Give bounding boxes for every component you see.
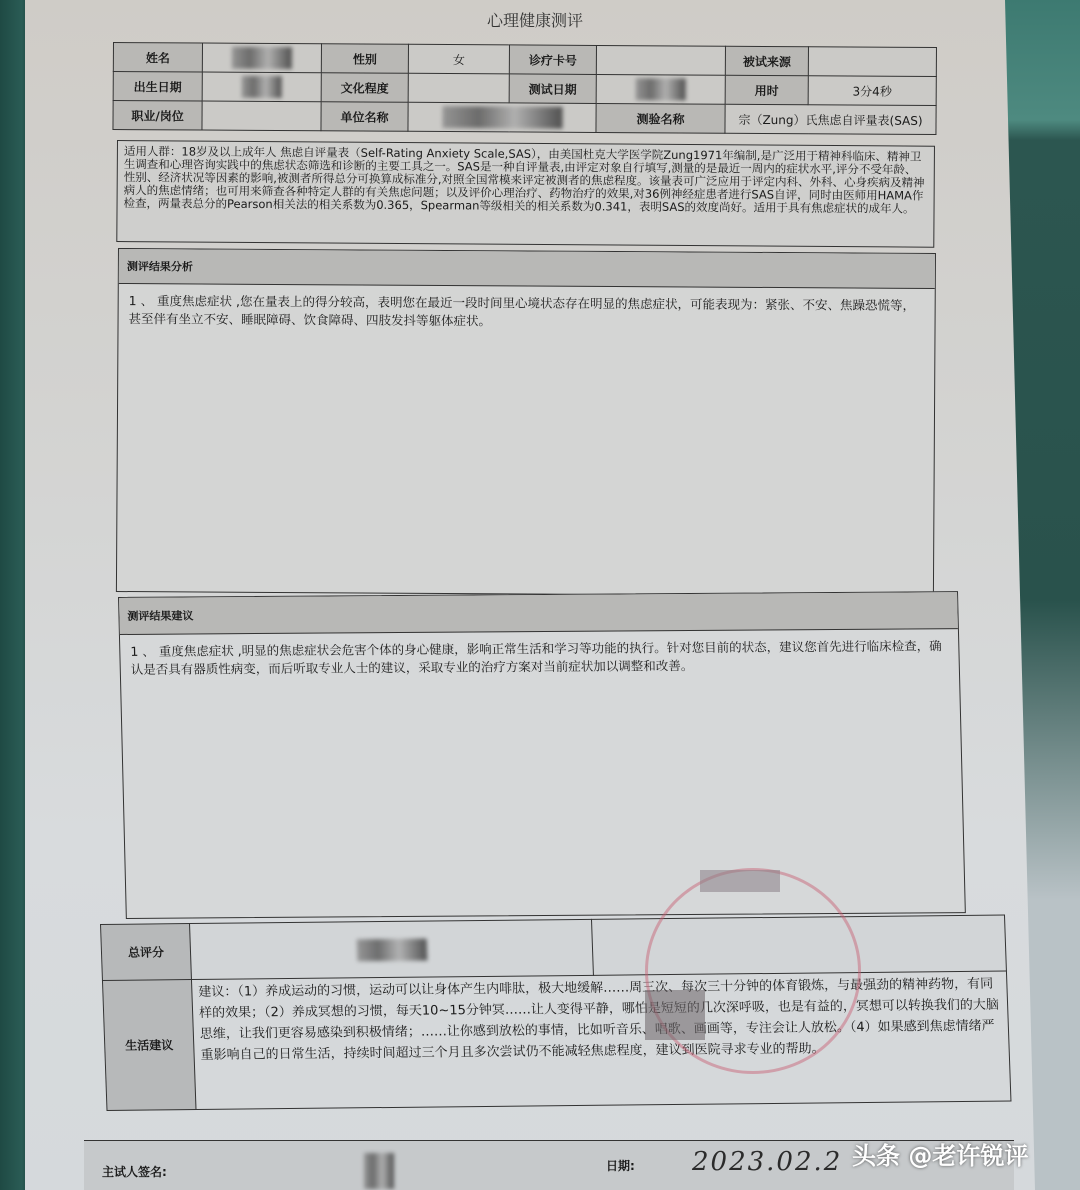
source-value	[808, 47, 936, 77]
education-value	[408, 73, 509, 103]
watermark: 头条 @老许锐评	[852, 1136, 1028, 1171]
life-advice-body: 建议：（1）养成运动的习惯，运动可以让身体产生内啡肽，极大地缓解……周三次、每次…	[191, 971, 1010, 1109]
scale-introduction: 适用人群：18岁及以上成年人 焦虑自评量表（Self-Rating Anxiet…	[116, 140, 935, 248]
date-label: 日期:	[606, 1157, 635, 1174]
unit-value	[408, 102, 596, 132]
redacted-mosaic	[232, 47, 292, 69]
duration-label: 用时	[725, 75, 808, 105]
occupation-label: 职业/岗位	[113, 101, 202, 131]
gender-value: 女	[408, 44, 509, 74]
stamp-mosaic	[700, 870, 780, 892]
test-date-value	[596, 74, 725, 104]
handwritten-date: 2023.02.2	[692, 1147, 842, 1177]
total-score-value	[190, 919, 594, 979]
analysis-body: 1 、 重度焦虑症状 ,您在量表上的得分较高，表明您在最近一段时间里心境状态存在…	[118, 284, 934, 341]
gender-label: 性别	[321, 44, 408, 74]
card-number-label: 诊疗卡号	[509, 45, 596, 75]
life-advice-label: 生活建议	[102, 980, 196, 1111]
unit-label: 单位名称	[321, 102, 408, 132]
analysis-section: 测评结果分析 1 、 重度焦虑症状 ,您在量表上的得分较高，表明您在最近一段时间…	[116, 248, 936, 597]
suggestion-section: 测评结果建议 1 、 重度焦虑症状 ,明显的焦虑症状会危害个体的身心健康，影响正…	[118, 591, 966, 919]
occupation-value	[202, 101, 321, 131]
test-name-value: 宗（Zung）氏焦虑自评量表(SAS)	[725, 104, 936, 134]
dob-value	[202, 72, 321, 102]
dob-label: 出生日期	[113, 72, 202, 102]
redacted-mosaic	[242, 76, 282, 98]
score-advice-table: 总评分 生活建议 建议：（1）养成运动的习惯，运动可以让身体产生内啡肽，极大地缓…	[100, 915, 1012, 1114]
source-label: 被试来源	[725, 46, 808, 76]
suggestion-body: 1 、 重度焦虑症状 ,明显的焦虑症状会危害个体的身心健康，影响正常生活和学习等…	[120, 629, 959, 687]
test-name-label: 测验名称	[596, 103, 725, 133]
card-number-value	[596, 45, 725, 75]
name-label: 姓名	[113, 43, 202, 73]
test-date-label: 测试日期	[509, 74, 596, 104]
signer-label: 主试人签名:	[102, 1163, 167, 1180]
suggestion-heading: 测评结果建议	[119, 592, 958, 635]
education-label: 文化程度	[321, 73, 408, 103]
stamp-mosaic	[645, 990, 705, 1040]
analysis-heading: 测评结果分析	[119, 249, 935, 289]
total-score-label: 总评分	[101, 924, 192, 981]
duration-value: 3分4秒	[808, 76, 936, 106]
redacted-mosaic	[356, 938, 427, 961]
redacted-mosaic	[442, 106, 562, 129]
total-score-extra	[591, 915, 1006, 975]
name-value	[202, 43, 321, 73]
document-title: 心理健康测评	[0, 8, 1070, 31]
redacted-mosaic	[364, 1153, 394, 1189]
patient-info-table: 姓名 性别 女 诊疗卡号 被试来源 出生日期 文化程度 测试日期 用时 3分4秒…	[112, 42, 937, 135]
redacted-mosaic	[636, 78, 686, 100]
